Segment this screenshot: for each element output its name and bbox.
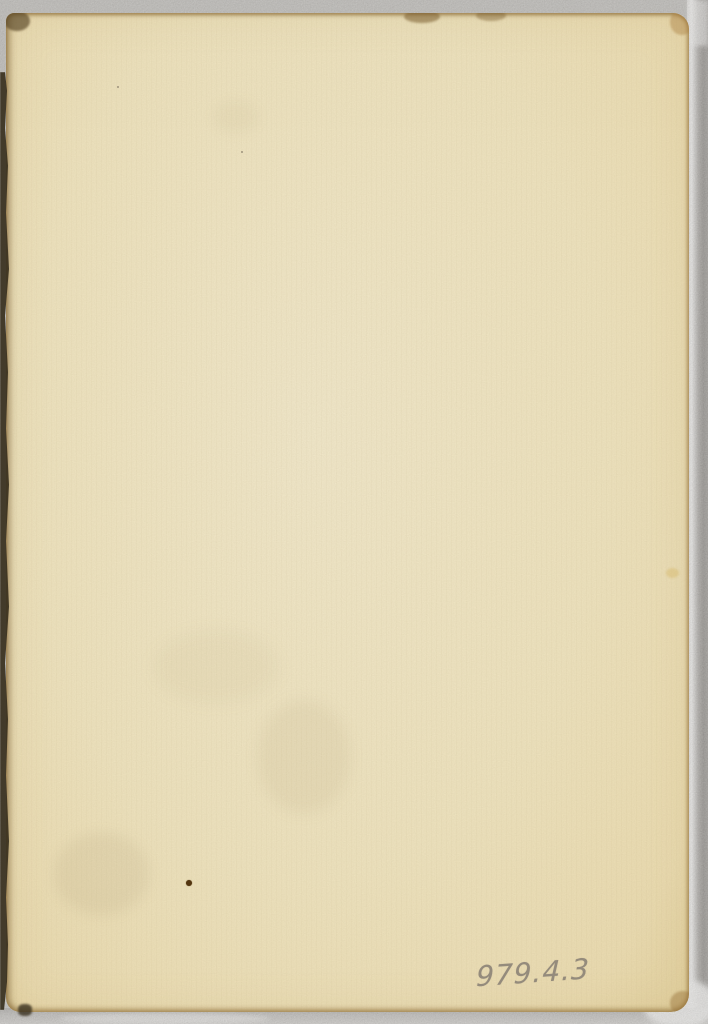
paper-sheet: 979.4.3 bbox=[6, 13, 689, 1012]
pencil-inscription: 979.4.3 bbox=[476, 952, 627, 993]
browned-corner-bottom-right bbox=[670, 991, 689, 1012]
background-shadow-band-right bbox=[687, 0, 708, 1024]
background-highlight-bottom bbox=[60, 1013, 270, 1024]
fly-speck-dot bbox=[186, 880, 192, 886]
deckled-edge-remnant bbox=[18, 1004, 32, 1016]
foxing-stain bbox=[54, 833, 149, 915]
tiny-speck bbox=[117, 86, 119, 88]
browned-corner-top-right bbox=[670, 13, 689, 35]
foxing-stain bbox=[154, 631, 278, 703]
browned-edge-blotch bbox=[476, 13, 506, 21]
foxing-stain bbox=[258, 701, 350, 813]
background-highlight-top-right bbox=[688, 0, 708, 46]
browned-edge-blotch bbox=[404, 13, 440, 23]
yellow-spot bbox=[666, 568, 679, 578]
tiny-speck bbox=[241, 151, 243, 153]
browned-corner-top-left bbox=[6, 13, 30, 31]
photograph-canvas: 979.4.3 bbox=[0, 0, 708, 1024]
foxing-stain bbox=[214, 101, 258, 133]
